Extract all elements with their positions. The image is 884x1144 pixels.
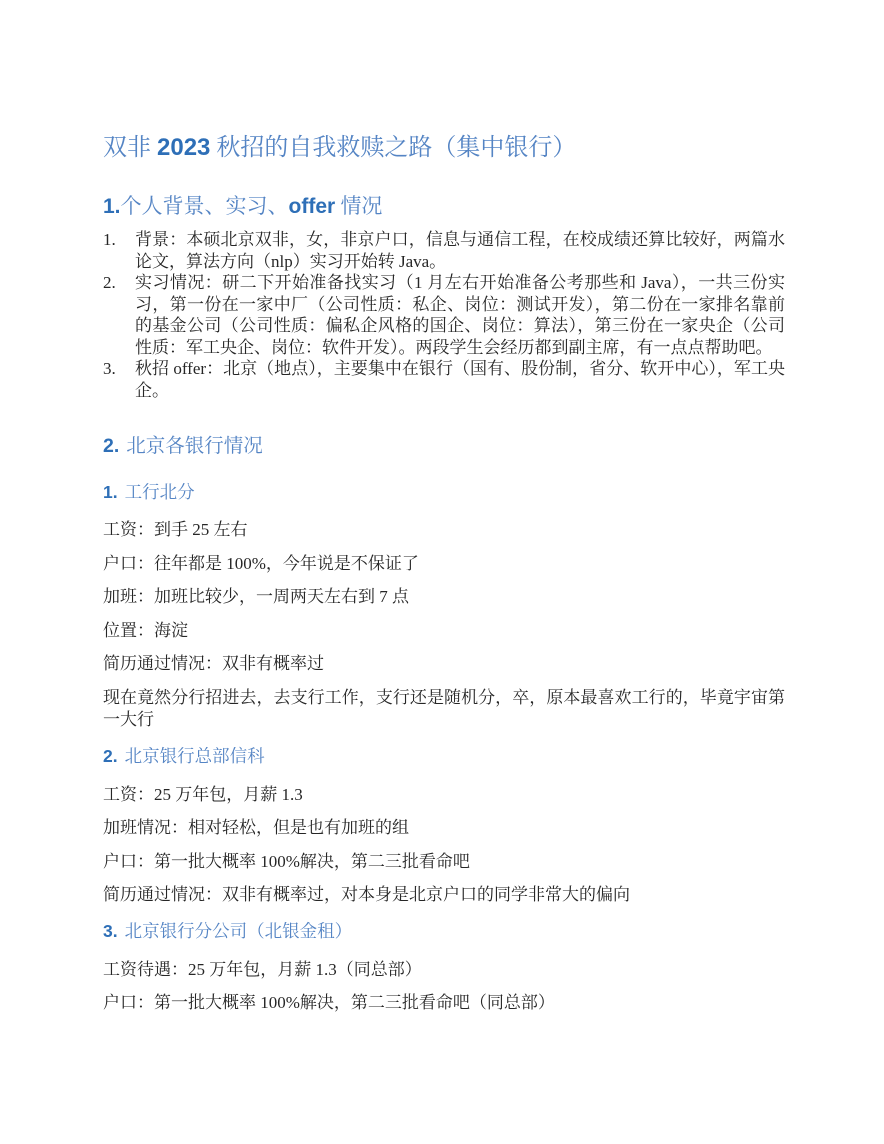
- list-item-marker: 2.: [103, 272, 116, 294]
- heading-banks-text: 北京各银行情况: [126, 436, 263, 457]
- paragraph-salary: 工资：25 万年包，月薪 1.3: [103, 784, 785, 806]
- subsection-number: 2.: [103, 746, 118, 766]
- heading-personal-section: 1.个人背景、实习、offer 情况: [103, 193, 785, 220]
- subsection-heading-bank-of-beijing-hq: 2.北京银行总部信科: [103, 745, 785, 768]
- list-item-background: 1. 背景：本硕北京双非，女，非京户口，信息与通信工程，在校成绩还算比较好，两篇…: [103, 229, 785, 272]
- subsection-heading-bank-of-beijing-subsidiary: 3.北京银行分公司（北银金租）: [103, 920, 785, 943]
- paragraph-resume-pass: 简历通过情况：双非有概率过，对本身是北京户口的同学非常大的偏向: [103, 884, 785, 906]
- heading-personal-text-pre: 个人背景、实习、: [121, 194, 289, 218]
- list-item-internships: 2. 实习情况：研二下开始准备找实习（1 月左右开始准备公考那些和 Java），…: [103, 272, 785, 358]
- paragraph-salary: 工资：到手 25 左右: [103, 519, 785, 541]
- subsection-title: 工行北分: [125, 482, 195, 502]
- list-item-marker: 1.: [103, 229, 116, 251]
- paragraph-salary: 工资待遇：25 万年包，月薪 1.3（同总部）: [103, 959, 785, 981]
- heading-banks-section: 2.北京各银行情况: [103, 434, 785, 459]
- paragraph-hukou: 户口：往年都是 100%，今年说是不保证了: [103, 553, 785, 575]
- subsection-title: 北京银行分公司（北银金租）: [125, 921, 353, 941]
- title-part1: 双非: [103, 135, 157, 161]
- list-item-marker: 3.: [103, 358, 116, 380]
- paragraph-overtime: 加班：加班比较少，一周两天左右到 7 点: [103, 586, 785, 608]
- heading-personal-text-en: offer: [289, 195, 336, 218]
- subsection-number: 3.: [103, 921, 118, 941]
- title-part2: 秋招的自我救赎之路（集中银行）: [210, 135, 576, 161]
- heading-banks-number: 2.: [103, 435, 119, 457]
- paragraph-hukou: 户口：第一批大概率 100%解决，第二三批看命吧: [103, 851, 785, 873]
- paragraph-location: 位置：海淀: [103, 620, 785, 642]
- list-item-offers: 3. 秋招 offer：北京（地点），主要集中在银行（国有、股份制，省分、软开中…: [103, 358, 785, 401]
- subsection-title: 北京银行总部信科: [125, 746, 265, 766]
- paragraph-resume-pass: 简历通过情况：双非有概率过: [103, 653, 785, 675]
- document-title: 双非 2023 秋招的自我救赎之路（集中银行）: [103, 133, 785, 163]
- list-item-text: 秋招 offer：北京（地点），主要集中在银行（国有、股份制，省分、软开中心），…: [135, 359, 785, 400]
- subsection-heading-icbc-beijing: 1.工行北分: [103, 481, 785, 504]
- paragraph-overtime: 加班情况：相对轻松，但是也有加班的组: [103, 817, 785, 839]
- heading-personal-text-post: 情况: [335, 194, 382, 218]
- title-year: 2023: [157, 134, 210, 161]
- heading-personal-number: 1.: [103, 195, 121, 218]
- personal-numbered-list: 1. 背景：本硕北京双非，女，非京户口，信息与通信工程，在校成绩还算比较好，两篇…: [103, 229, 785, 401]
- paragraph-hukou: 户口：第一批大概率 100%解决，第二三批看命吧（同总部）: [103, 992, 785, 1014]
- document-page: 双非 2023 秋招的自我救赎之路（集中银行） 1.个人背景、实习、offer …: [0, 0, 884, 1144]
- paragraph-comment: 现在竟然分行招进去，去支行工作，支行还是随机分，卒，原本最喜欢工行的，毕竟宇宙第…: [103, 687, 785, 731]
- list-item-text: 实习情况：研二下开始准备找实习（1 月左右开始准备公考那些和 Java），一共三…: [135, 273, 785, 357]
- list-item-text: 背景：本硕北京双非，女，非京户口，信息与通信工程，在校成绩还算比较好，两篇水论文…: [135, 230, 785, 271]
- subsection-number: 1.: [103, 482, 118, 502]
